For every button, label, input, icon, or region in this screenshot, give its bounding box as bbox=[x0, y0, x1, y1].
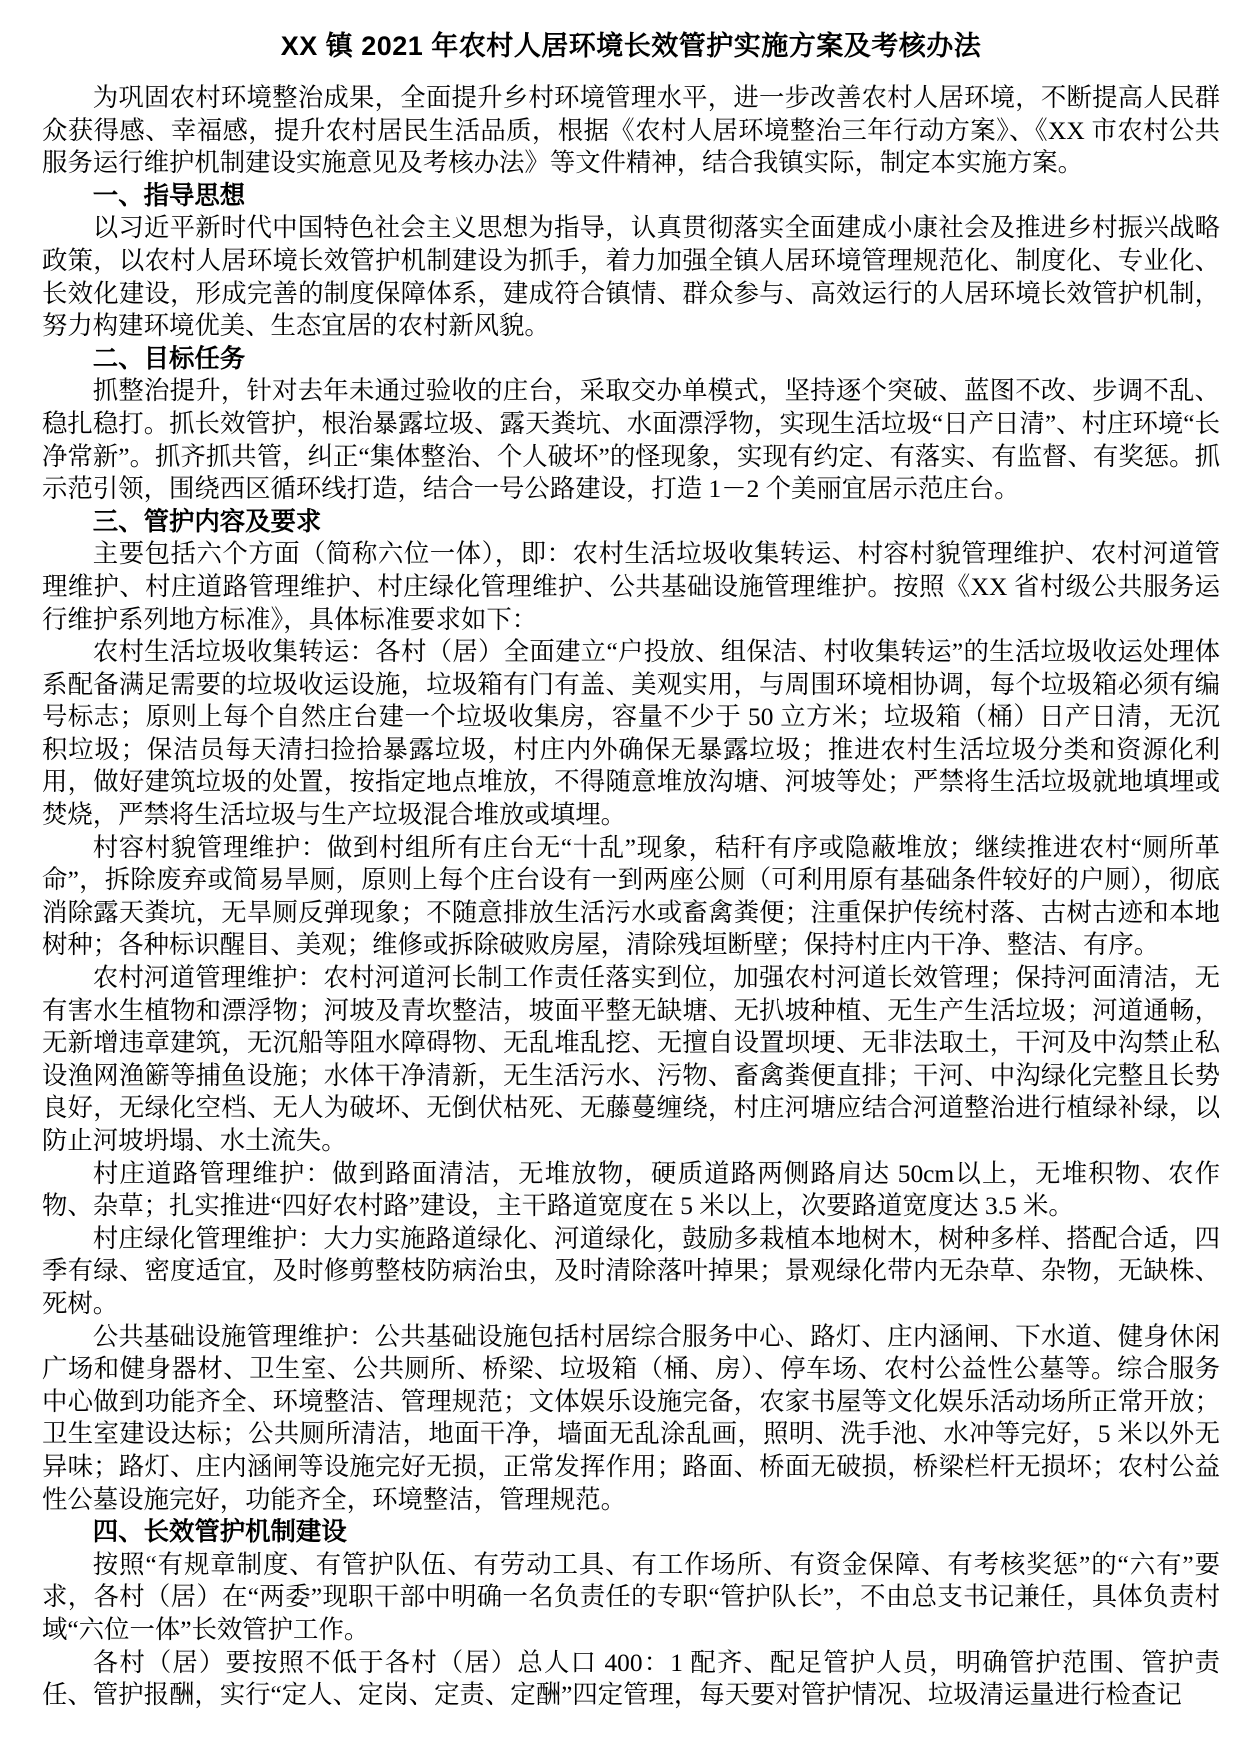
body-paragraph: 按照“有规章制度、有管护队伍、有劳动工具、有工作场所、有资金保障、有考核奖惩”的… bbox=[42, 1549, 1220, 1647]
section-heading: 二、目标任务 bbox=[42, 343, 1220, 376]
document-body: 为巩固农村环境整治成果，全面提升乡村环境管理水平，进一步改善农村人居环境，不断提… bbox=[42, 82, 1220, 1712]
document-title: XX 镇 2021 年农村人居环境长效管护实施方案及考核办法 bbox=[42, 28, 1220, 64]
body-paragraph: 为巩固农村环境整治成果，全面提升乡村环境管理水平，进一步改善农村人居环境，不断提… bbox=[42, 82, 1220, 180]
body-paragraph: 各村（居）要按照不低于各村（居）总人口 400：1 配齐、配足管护人员，明确管护… bbox=[42, 1647, 1220, 1712]
body-paragraph: 主要包括六个方面（简称六位一体），即：农村生活垃圾收集转运、村容村貌管理维护、农… bbox=[42, 538, 1220, 636]
body-paragraph: 抓整治提升，针对去年未通过验收的庄台，采取交办单模式，坚持逐个突破、蓝图不改、步… bbox=[42, 375, 1220, 505]
section-heading: 一、指导思想 bbox=[42, 180, 1220, 213]
document-page: XX 镇 2021 年农村人居环境长效管护实施方案及考核办法 为巩固农村环境整治… bbox=[0, 0, 1240, 1754]
body-paragraph: 农村河道管理维护：农村河道河长制工作责任落实到位，加强农村河道长效管理；保持河面… bbox=[42, 962, 1220, 1158]
body-paragraph: 公共基础设施管理维护：公共基础设施包括村居综合服务中心、路灯、庄内涵闸、下水道、… bbox=[42, 1321, 1220, 1517]
section-heading: 四、长效管护机制建设 bbox=[42, 1516, 1220, 1549]
body-paragraph: 村庄道路管理维护：做到路面清洁，无堆放物，硬质道路两侧路肩达 50cm以上，无堆… bbox=[42, 1158, 1220, 1223]
section-heading: 三、管护内容及要求 bbox=[42, 506, 1220, 539]
body-paragraph: 村容村貌管理维护：做到村组所有庄台无“十乱”现象，秸秆有序或隐蔽堆放；继续推进农… bbox=[42, 832, 1220, 962]
body-paragraph: 农村生活垃圾收集转运：各村（居）全面建立“户投放、组保洁、村收集转运”的生活垃圾… bbox=[42, 636, 1220, 832]
body-paragraph: 以习近平新时代中国特色社会主义思想为指导，认真贯彻落实全面建成小康社会及推进乡村… bbox=[42, 212, 1220, 342]
body-paragraph: 村庄绿化管理维护：大力实施路道绿化、河道绿化，鼓励多栽植本地树木，树种多样、搭配… bbox=[42, 1223, 1220, 1321]
